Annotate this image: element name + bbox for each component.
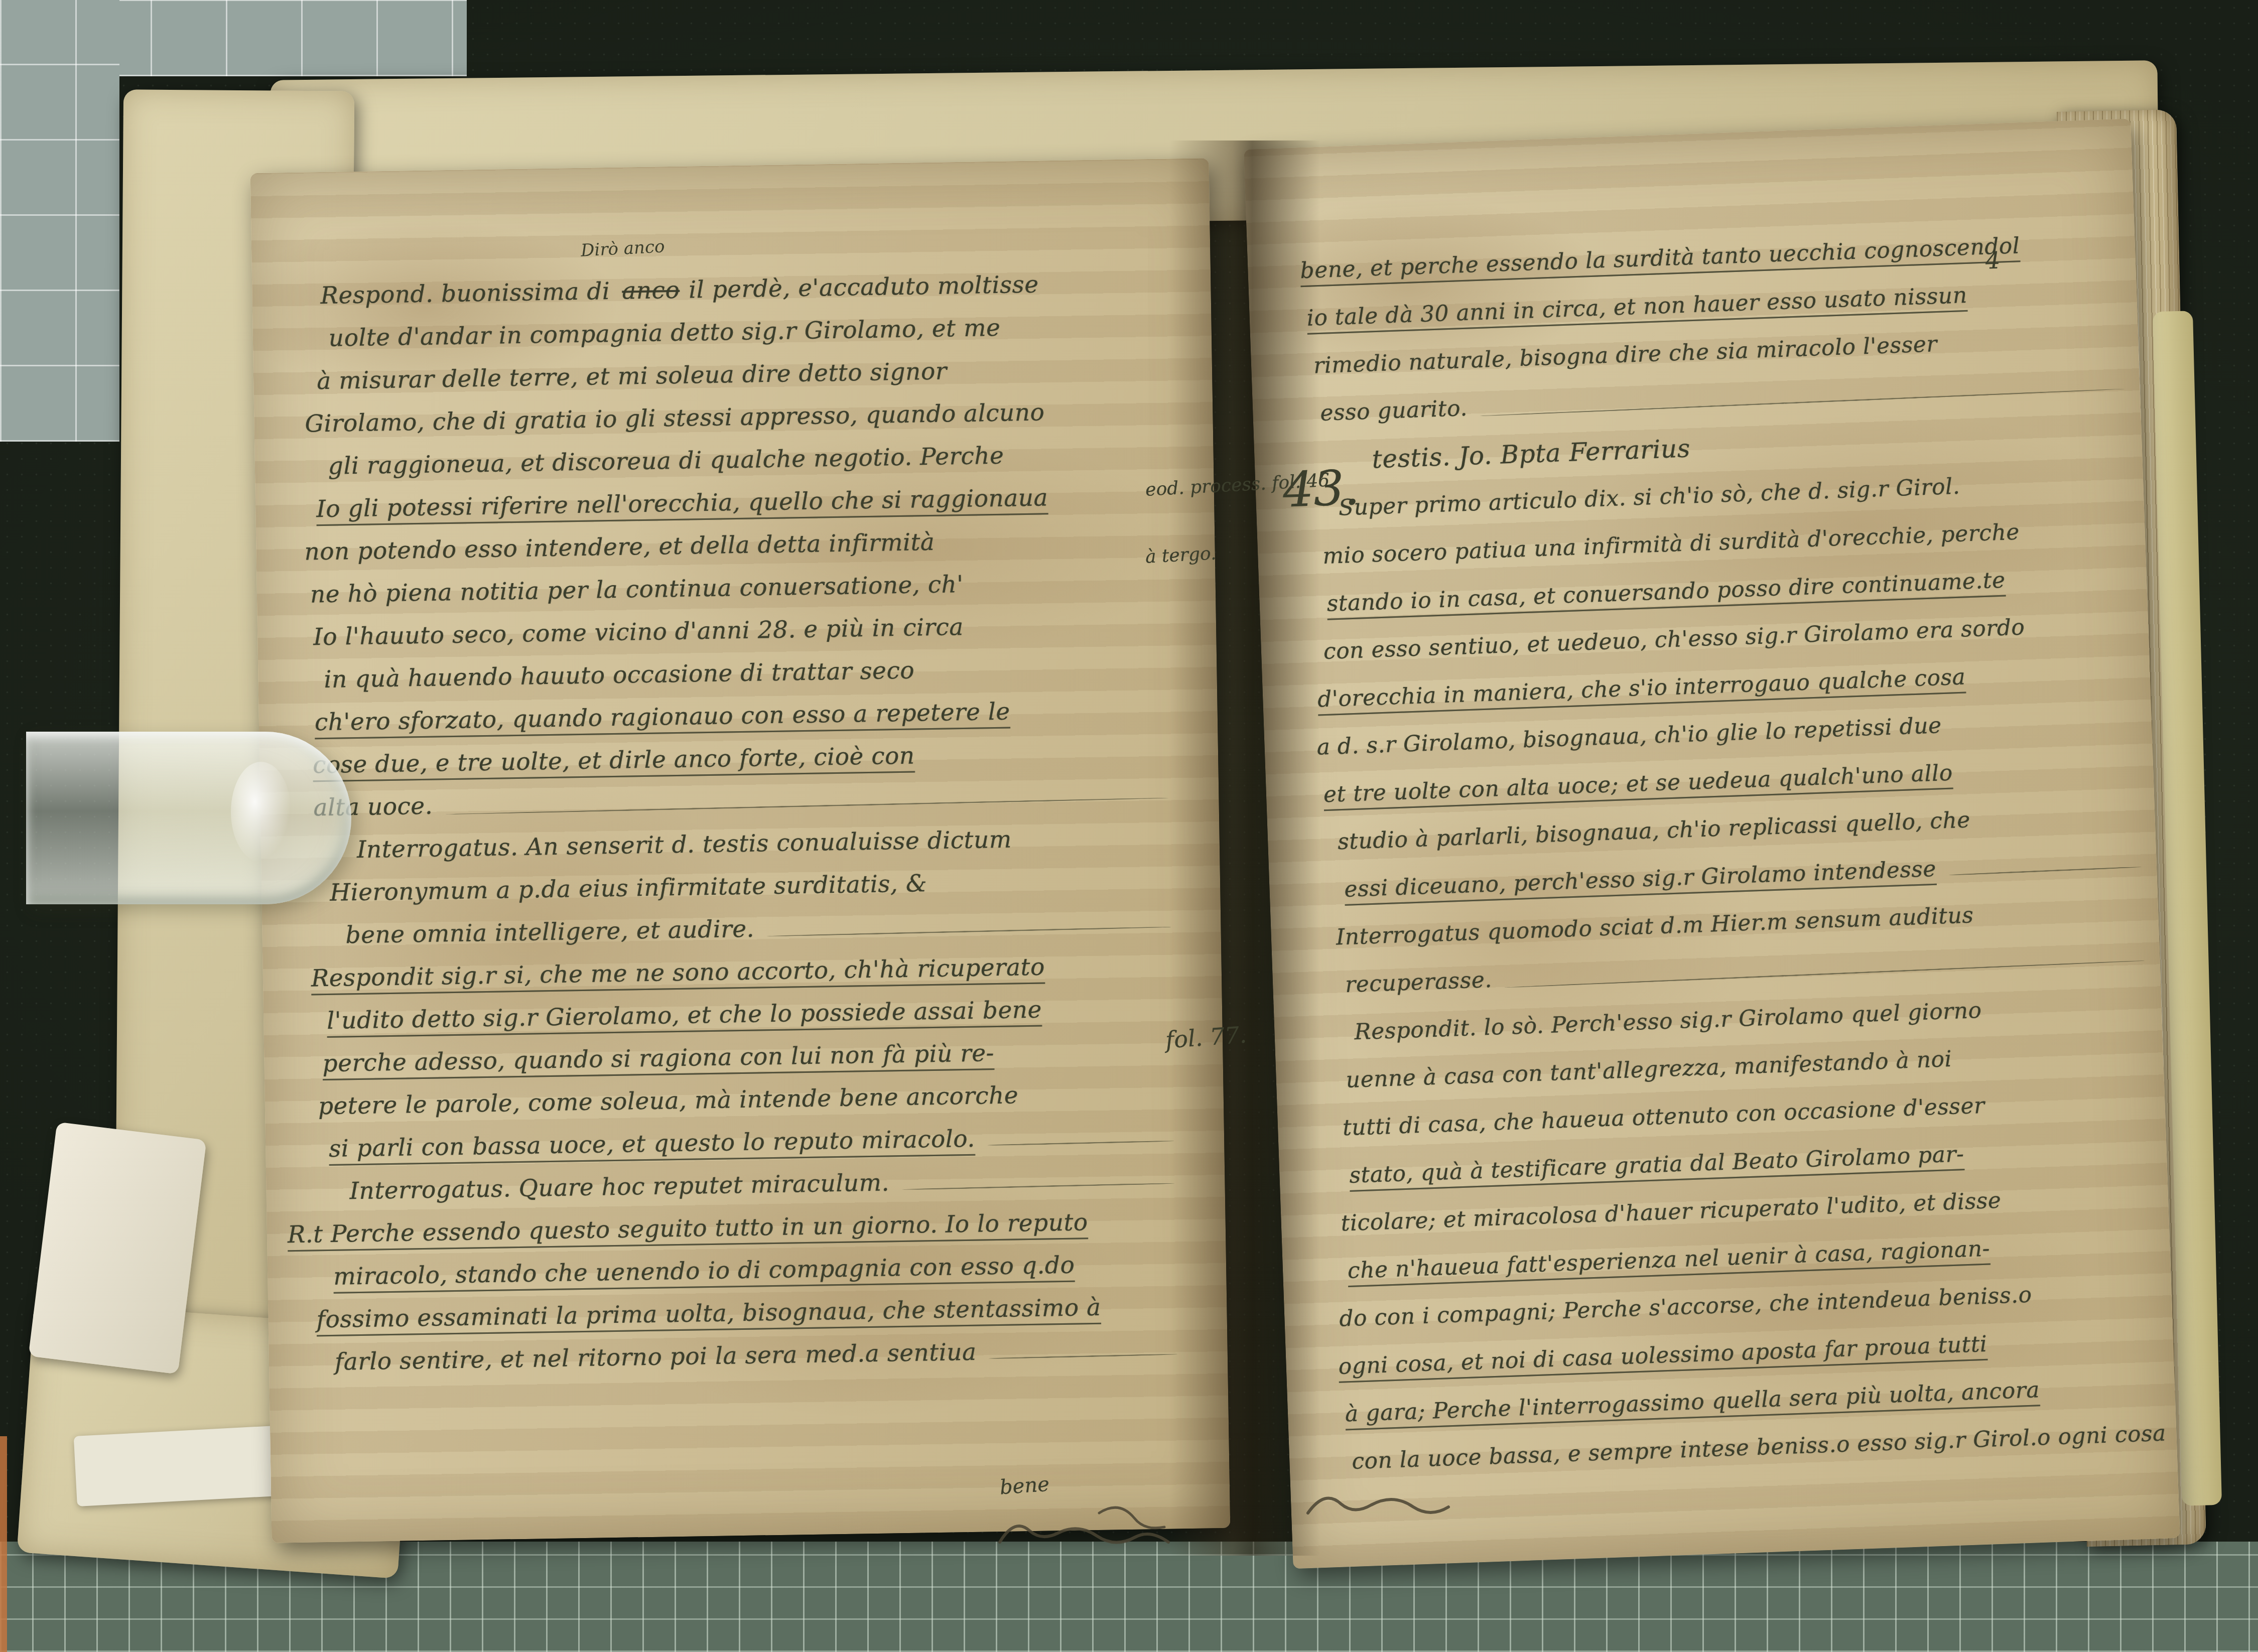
left-page-text-block: Dirò anco Respond. buonissima diancoil p… — [300, 261, 1181, 1384]
glass-highlight — [231, 762, 291, 862]
mat-edge-sliver — [0, 1436, 7, 1652]
calibration-grid-left — [0, 0, 119, 442]
catchword: bene — [999, 1473, 1050, 1499]
manuscript-photo-scene: Dirò anco Respond. buonissima diancoil p… — [0, 0, 2258, 1652]
margin-note-a-tergo: à tergo. — [1145, 543, 1217, 567]
signature-flourish-right — [1303, 1473, 1474, 1533]
ink-rule — [766, 926, 1170, 937]
margin-note-folio: fol. 77. — [1164, 1021, 1247, 1053]
right-page: bene, et perche essendo la surdità tanto… — [1244, 118, 2180, 1569]
ink-rule — [445, 797, 1168, 815]
right-page-text-block: bene, et perche essendo la surdità tanto… — [1299, 218, 2165, 1486]
left-page: Dirò anco Respond. buonissima diancoil p… — [250, 158, 1231, 1543]
cloth-strip — [28, 1122, 206, 1374]
signature-flourish-left — [994, 1498, 1174, 1563]
ink-rule — [1948, 866, 2142, 876]
witness-number: 43. — [1282, 459, 1360, 518]
glass-weight — [26, 732, 351, 904]
ink-rule — [901, 1183, 1174, 1190]
interlinear-insertion: Dirò anco — [580, 236, 665, 260]
ink-rule — [987, 1140, 1174, 1146]
ink-rule — [989, 1353, 1177, 1359]
page-number: 4 — [1985, 247, 2001, 274]
